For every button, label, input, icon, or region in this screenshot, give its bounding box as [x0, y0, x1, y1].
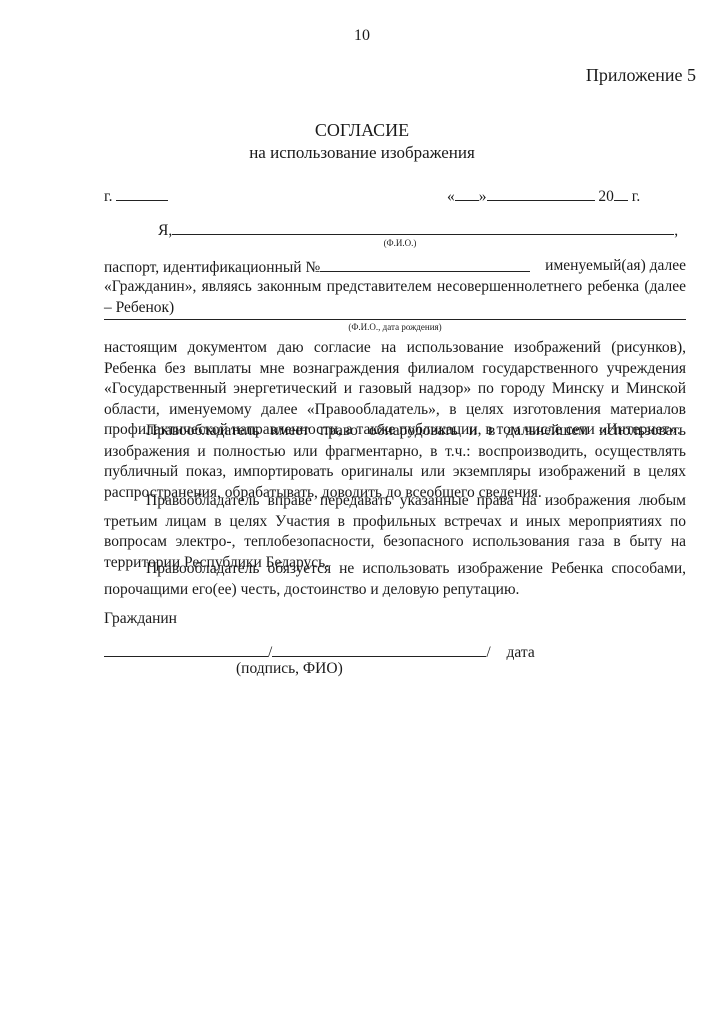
- date-close-quote: »: [479, 188, 487, 205]
- passport-prefix: паспорт, идентификационный №: [104, 259, 320, 276]
- city-prefix: г.: [104, 188, 112, 205]
- name-caption: (Ф.И.О.): [360, 238, 440, 248]
- passport-field: паспорт, идентификационный №: [104, 257, 530, 277]
- date-label: дата: [507, 644, 535, 661]
- day-blank[interactable]: [455, 186, 479, 201]
- month-blank[interactable]: [487, 186, 595, 201]
- separator-2: /: [486, 644, 490, 661]
- passport-suffix: именуемый(ая) далее: [545, 257, 686, 275]
- year-blank[interactable]: [614, 186, 628, 201]
- year-prefix: 20: [598, 188, 614, 205]
- date-field: «» 20 г.: [447, 186, 640, 206]
- city-blank[interactable]: [116, 186, 168, 201]
- full-name-blank[interactable]: [272, 642, 486, 657]
- signature-caption: (подпись, ФИО): [236, 660, 343, 678]
- signature-blank[interactable]: [104, 642, 268, 657]
- signature-label: Гражданин: [104, 610, 177, 628]
- name-blank[interactable]: [172, 220, 674, 235]
- guardian-text: «Гражданин», являясь законным представит…: [104, 277, 686, 318]
- passport-blank[interactable]: [320, 257, 530, 272]
- page-number: 10: [0, 27, 724, 45]
- document-subtitle: на использование изображения: [0, 143, 724, 163]
- document-title: СОГЛАСИЕ: [0, 120, 724, 141]
- city-field: г.: [104, 186, 168, 206]
- appendix-label: Приложение 5: [586, 65, 696, 86]
- child-caption: (Ф.И.О., дата рождения): [104, 322, 686, 332]
- date-open-quote: «: [447, 188, 455, 205]
- name-field: Я,,: [158, 220, 678, 240]
- name-prefix: Я,: [158, 222, 172, 239]
- year-suffix: г.: [632, 188, 640, 205]
- name-suffix: ,: [674, 222, 678, 239]
- obligation-paragraph: Правообладатель обязуется не использоват…: [104, 559, 686, 600]
- child-blank[interactable]: [104, 319, 686, 320]
- signature-line: // дата: [104, 642, 535, 662]
